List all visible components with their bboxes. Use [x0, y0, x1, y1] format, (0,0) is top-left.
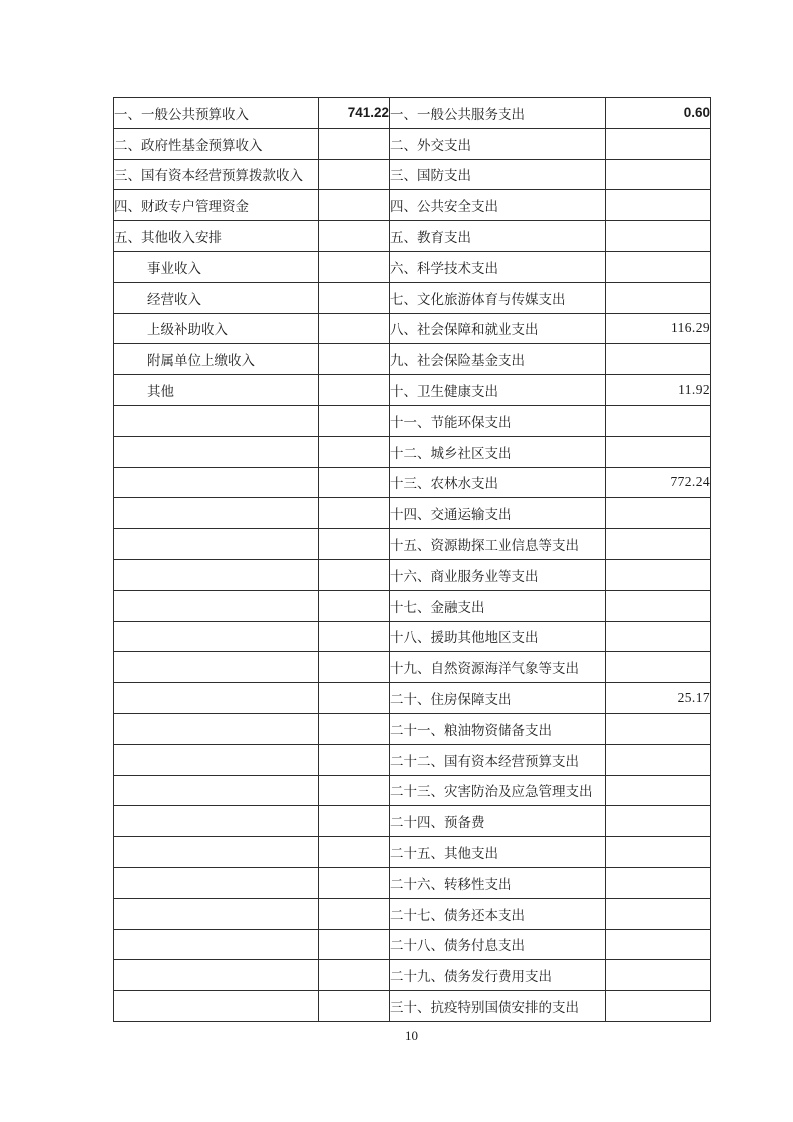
table-row: 十五、资源勘探工业信息等支出 [114, 529, 711, 560]
income-value-cell [319, 806, 390, 837]
income-value-cell [319, 467, 390, 498]
table-row: 五、其他收入安排五、教育支出 [114, 221, 711, 252]
income-label-cell [114, 929, 319, 960]
expenditure-label-cell: 二十六、转移性支出 [390, 867, 606, 898]
expenditure-value-cell [606, 498, 711, 529]
expenditure-label-cell: 十二、城乡社区支出 [390, 436, 606, 467]
table-row: 经营收入七、文化旅游体育与传媒支出 [114, 282, 711, 313]
table-row: 二十六、转移性支出 [114, 867, 711, 898]
income-label-cell [114, 837, 319, 868]
income-value-cell [319, 128, 390, 159]
expenditure-value-cell [606, 806, 711, 837]
expenditure-label-cell: 二十、住房保障支出 [390, 683, 606, 714]
table-row: 二十二、国有资本经营预算支出 [114, 744, 711, 775]
income-label-cell [114, 806, 319, 837]
expenditure-value-cell: 116.29 [606, 313, 711, 344]
expenditure-label-cell: 五、教育支出 [390, 221, 606, 252]
income-label-cell [114, 467, 319, 498]
expenditure-label-cell: 十八、援助其他地区支出 [390, 621, 606, 652]
income-value-cell [319, 683, 390, 714]
table-row: 上级补助收入八、社会保障和就业支出116.29 [114, 313, 711, 344]
table-row: 三十、抗疫特别国债安排的支出 [114, 991, 711, 1022]
income-label-cell [114, 621, 319, 652]
expenditure-value-cell [606, 128, 711, 159]
expenditure-label-cell: 二十七、债务还本支出 [390, 898, 606, 929]
income-value-cell [319, 282, 390, 313]
income-value-cell [319, 744, 390, 775]
table-row: 十二、城乡社区支出 [114, 436, 711, 467]
expenditure-label-cell: 十九、自然资源海洋气象等支出 [390, 652, 606, 683]
income-label-cell [114, 713, 319, 744]
table-row: 四、财政专户管理资金四、公共安全支出 [114, 190, 711, 221]
income-value-cell: 741.22 [319, 98, 390, 129]
income-value-cell [319, 652, 390, 683]
table-row: 三、国有资本经营预算拨款收入三、国防支出 [114, 159, 711, 190]
table-row: 十六、商业服务业等支出 [114, 559, 711, 590]
budget-table: 一、一般公共预算收入741.22一、一般公共服务支出0.60二、政府性基金预算收… [113, 97, 711, 1022]
income-value-cell [319, 991, 390, 1022]
table-row: 二、政府性基金预算收入二、外交支出 [114, 128, 711, 159]
expenditure-label-cell: 十、卫生健康支出 [390, 375, 606, 406]
expenditure-label-cell: 十五、资源勘探工业信息等支出 [390, 529, 606, 560]
expenditure-value-cell [606, 405, 711, 436]
table-row: 二十、住房保障支出25.17 [114, 683, 711, 714]
expenditure-value-cell [606, 344, 711, 375]
expenditure-value-cell [606, 713, 711, 744]
income-value-cell [319, 867, 390, 898]
expenditure-value-cell: 11.92 [606, 375, 711, 406]
expenditure-value-cell [606, 590, 711, 621]
income-label-cell: 经营收入 [114, 282, 319, 313]
income-value-cell [319, 405, 390, 436]
income-label-cell [114, 436, 319, 467]
expenditure-value-cell [606, 251, 711, 282]
expenditure-label-cell: 二十二、国有资本经营预算支出 [390, 744, 606, 775]
income-value-cell [319, 621, 390, 652]
expenditure-value-cell [606, 529, 711, 560]
expenditure-value-cell: 0.60 [606, 98, 711, 129]
table-row: 十九、自然资源海洋气象等支出 [114, 652, 711, 683]
expenditure-label-cell: 二十一、粮油物资储备支出 [390, 713, 606, 744]
income-value-cell [319, 498, 390, 529]
income-label-cell: 附属单位上缴收入 [114, 344, 319, 375]
income-label-cell [114, 744, 319, 775]
table-row: 十四、交通运输支出 [114, 498, 711, 529]
income-label-cell [114, 405, 319, 436]
income-label-cell [114, 559, 319, 590]
income-value-cell [319, 960, 390, 991]
income-label-cell [114, 867, 319, 898]
income-label-cell [114, 590, 319, 621]
expenditure-value-cell [606, 867, 711, 898]
expenditure-label-cell: 二十八、债务付息支出 [390, 929, 606, 960]
expenditure-value-cell [606, 559, 711, 590]
income-label-cell: 其他 [114, 375, 319, 406]
income-value-cell [319, 929, 390, 960]
expenditure-value-cell [606, 991, 711, 1022]
expenditure-label-cell: 四、公共安全支出 [390, 190, 606, 221]
income-value-cell [319, 344, 390, 375]
income-value-cell [319, 775, 390, 806]
expenditure-value-cell [606, 621, 711, 652]
income-label-cell [114, 652, 319, 683]
income-label-cell [114, 775, 319, 806]
expenditure-value-cell [606, 775, 711, 806]
income-label-cell [114, 960, 319, 991]
expenditure-label-cell: 十七、金融支出 [390, 590, 606, 621]
expenditure-label-cell: 十一、节能环保支出 [390, 405, 606, 436]
income-label-cell [114, 991, 319, 1022]
income-value-cell [319, 898, 390, 929]
income-value-cell [319, 190, 390, 221]
table-row: 二十三、灾害防治及应急管理支出 [114, 775, 711, 806]
document-page: 一、一般公共预算收入741.22一、一般公共服务支出0.60二、政府性基金预算收… [0, 0, 793, 1122]
expenditure-label-cell: 二、外交支出 [390, 128, 606, 159]
expenditure-label-cell: 十四、交通运输支出 [390, 498, 606, 529]
expenditure-value-cell [606, 190, 711, 221]
expenditure-label-cell: 八、社会保障和就业支出 [390, 313, 606, 344]
expenditure-label-cell: 九、社会保险基金支出 [390, 344, 606, 375]
income-value-cell [319, 313, 390, 344]
income-value-cell [319, 837, 390, 868]
income-value-cell [319, 590, 390, 621]
income-value-cell [319, 529, 390, 560]
expenditure-label-cell: 十三、农林水支出 [390, 467, 606, 498]
expenditure-label-cell: 一、一般公共服务支出 [390, 98, 606, 129]
expenditure-value-cell: 25.17 [606, 683, 711, 714]
expenditure-label-cell: 十六、商业服务业等支出 [390, 559, 606, 590]
expenditure-label-cell: 二十四、预备费 [390, 806, 606, 837]
expenditure-value-cell [606, 898, 711, 929]
expenditure-value-cell [606, 436, 711, 467]
income-label-cell: 上级补助收入 [114, 313, 319, 344]
expenditure-label-cell: 二十五、其他支出 [390, 837, 606, 868]
table-row: 二十一、粮油物资储备支出 [114, 713, 711, 744]
income-label-cell: 三、国有资本经营预算拨款收入 [114, 159, 319, 190]
expenditure-label-cell: 二十三、灾害防治及应急管理支出 [390, 775, 606, 806]
table-row: 十三、农林水支出772.24 [114, 467, 711, 498]
expenditure-value-cell [606, 837, 711, 868]
income-label-cell: 一、一般公共预算收入 [114, 98, 319, 129]
income-value-cell [319, 221, 390, 252]
budget-table-body: 一、一般公共预算收入741.22一、一般公共服务支出0.60二、政府性基金预算收… [114, 98, 711, 1022]
table-row: 二十四、预备费 [114, 806, 711, 837]
income-label-cell [114, 498, 319, 529]
table-row: 二十五、其他支出 [114, 837, 711, 868]
expenditure-label-cell: 三十、抗疫特别国债安排的支出 [390, 991, 606, 1022]
table-row: 十一、节能环保支出 [114, 405, 711, 436]
table-row: 一、一般公共预算收入741.22一、一般公共服务支出0.60 [114, 98, 711, 129]
income-value-cell [319, 713, 390, 744]
page-number: 10 [113, 1028, 710, 1044]
expenditure-label-cell: 六、科学技术支出 [390, 251, 606, 282]
income-label-cell: 五、其他收入安排 [114, 221, 319, 252]
expenditure-label-cell: 二十九、债务发行费用支出 [390, 960, 606, 991]
income-value-cell [319, 436, 390, 467]
income-value-cell [319, 559, 390, 590]
expenditure-value-cell [606, 282, 711, 313]
income-label-cell [114, 898, 319, 929]
income-label-cell [114, 529, 319, 560]
expenditure-label-cell: 三、国防支出 [390, 159, 606, 190]
table-row: 十八、援助其他地区支出 [114, 621, 711, 652]
table-row: 十七、金融支出 [114, 590, 711, 621]
expenditure-value-cell [606, 929, 711, 960]
expenditure-value-cell [606, 159, 711, 190]
expenditure-value-cell [606, 960, 711, 991]
expenditure-label-cell: 七、文化旅游体育与传媒支出 [390, 282, 606, 313]
expenditure-value-cell: 772.24 [606, 467, 711, 498]
income-label-cell: 二、政府性基金预算收入 [114, 128, 319, 159]
table-row: 其他十、卫生健康支出11.92 [114, 375, 711, 406]
table-row: 事业收入六、科学技术支出 [114, 251, 711, 282]
income-label-cell: 四、财政专户管理资金 [114, 190, 319, 221]
table-row: 附属单位上缴收入九、社会保险基金支出 [114, 344, 711, 375]
table-row: 二十七、债务还本支出 [114, 898, 711, 929]
table-row: 二十八、债务付息支出 [114, 929, 711, 960]
expenditure-value-cell [606, 744, 711, 775]
income-value-cell [319, 375, 390, 406]
income-value-cell [319, 251, 390, 282]
income-value-cell [319, 159, 390, 190]
expenditure-value-cell [606, 221, 711, 252]
income-label-cell [114, 683, 319, 714]
table-row: 二十九、债务发行费用支出 [114, 960, 711, 991]
income-label-cell: 事业收入 [114, 251, 319, 282]
expenditure-value-cell [606, 652, 711, 683]
